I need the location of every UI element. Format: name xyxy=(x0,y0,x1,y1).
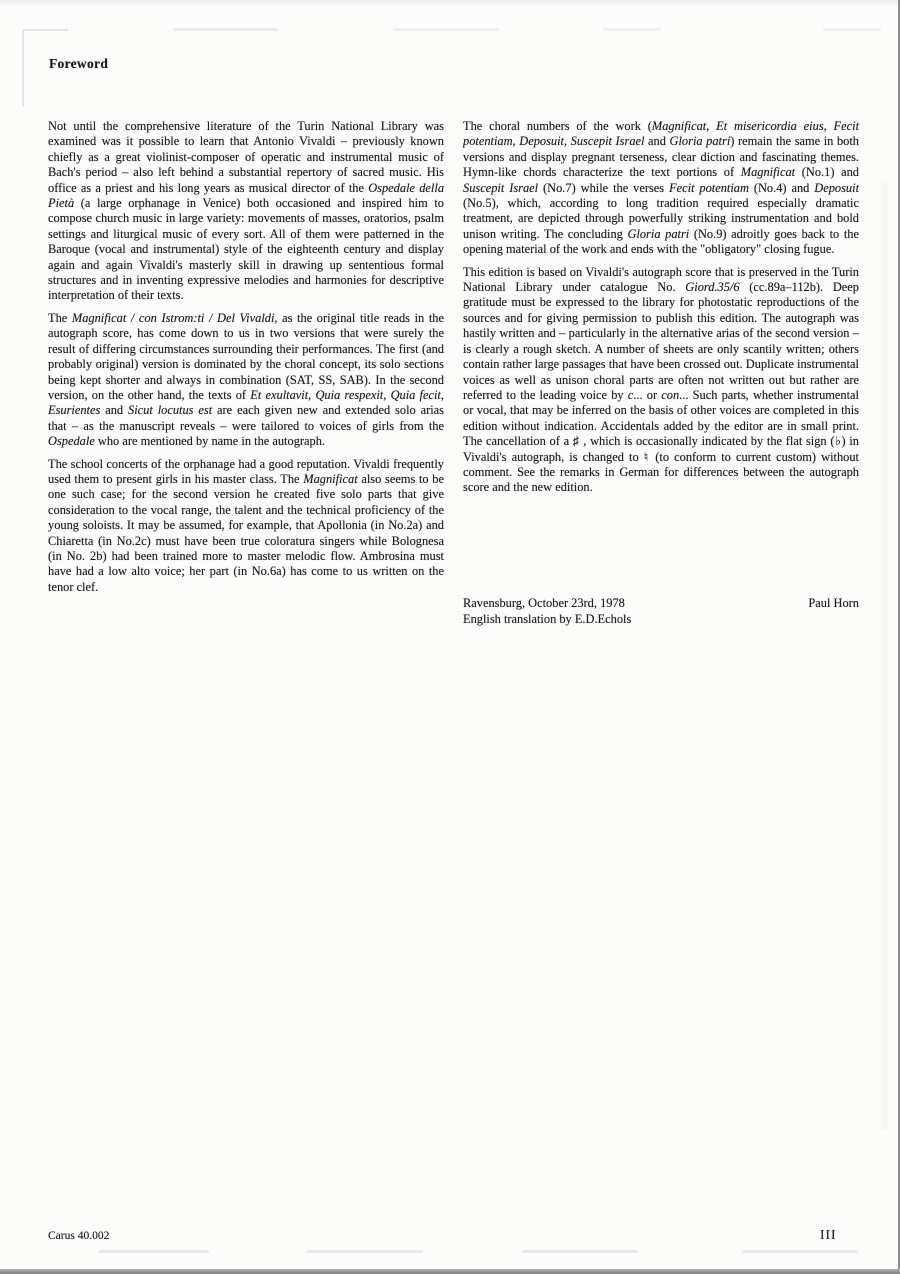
text-run: (a large orphanage in Venice) both occas… xyxy=(48,196,444,302)
scan-band-top xyxy=(0,0,900,6)
column-right-paragraphs: The choral numbers of the work (Magnific… xyxy=(463,119,859,496)
signoff-block: Ravensburg, October 23rd, 1978 Paul Horn… xyxy=(463,595,859,627)
italic-text-run: Gloria patri xyxy=(670,134,731,148)
scan-streak xyxy=(881,180,888,1130)
scan-dash xyxy=(823,28,881,31)
signoff-row: Ravensburg, October 23rd, 1978 Paul Horn xyxy=(463,595,859,611)
italic-text-run: con xyxy=(661,388,679,402)
signoff-author: Paul Horn xyxy=(808,595,859,611)
text-run: , xyxy=(441,388,444,402)
scanned-page: Foreword Not until the comprehensive lit… xyxy=(0,0,900,1274)
text-run: who are mentioned by name in the autogra… xyxy=(95,434,325,448)
italic-text-run: Magnificat xyxy=(303,472,357,486)
italic-text-run: Et exultavit xyxy=(250,388,308,402)
italic-text-run: Suscepit Israel xyxy=(463,181,538,195)
paragraph: The Magnificat / con Istrom:ti / Del Viv… xyxy=(48,311,444,450)
scan-dash xyxy=(603,28,661,31)
text-run: and xyxy=(644,134,669,148)
italic-text-run: Ospedale xyxy=(48,434,95,448)
text-run: The choral numbers of the work ( xyxy=(463,119,652,133)
italic-text-run: Deposuit xyxy=(814,181,859,195)
text-run: (No.4) and xyxy=(749,181,814,195)
footer-page-number: III xyxy=(820,1227,837,1243)
italic-text-run: Giord.35/6 xyxy=(685,280,739,294)
text-run: (No.1) and xyxy=(795,165,859,179)
signoff-place-date: Ravensburg, October 23rd, 1978 xyxy=(463,595,625,611)
italic-text-run: Quia fecit xyxy=(391,388,441,402)
column-right: The choral numbers of the work (Magnific… xyxy=(463,119,859,627)
italic-text-run: Quia respexit xyxy=(315,388,383,402)
paragraph: Not until the comprehensive literature o… xyxy=(48,119,444,304)
text-run: also seems to be one such case; for the … xyxy=(48,472,444,594)
text-run: (No.7) while the verses xyxy=(538,181,669,195)
scan-dash xyxy=(99,1250,209,1253)
paragraph: The school concerts of the orphanage had… xyxy=(48,457,444,596)
paragraph: The choral numbers of the work (Magnific… xyxy=(463,119,859,258)
text-run: ... Such parts, whether instrumental or … xyxy=(463,388,859,494)
italic-text-run: Fecit potentiam xyxy=(669,181,749,195)
text-run: (cc.89a–112b). Deep gratitude must be ex… xyxy=(463,280,859,402)
text-run: and xyxy=(100,403,128,417)
paragraph: This edition is based on Vivaldi's autog… xyxy=(463,265,859,496)
scan-dash xyxy=(307,1250,423,1253)
text-columns: Not until the comprehensive literature o… xyxy=(48,119,860,627)
italic-text-run: Magnificat / con Istrom:ti / Del Vivaldi xyxy=(72,311,275,325)
scan-band-bottom xyxy=(0,1269,900,1274)
signoff-translation: English translation by E.D.Echols xyxy=(463,611,859,627)
scan-dash xyxy=(174,28,278,31)
scan-dash xyxy=(522,1250,638,1253)
italic-text-run: Sicut locutus est xyxy=(128,403,212,417)
text-run: , xyxy=(383,388,390,402)
italic-text-run: Gloria patri xyxy=(627,227,689,241)
column-left: Not until the comprehensive literature o… xyxy=(48,119,444,627)
scan-dash xyxy=(742,1250,858,1253)
footer-catalog-number: Carus 40.002 xyxy=(48,1230,109,1242)
text-run: ... or xyxy=(633,388,661,402)
italic-text-run: Magnificat xyxy=(741,165,795,179)
italic-text-run: Esurientes xyxy=(48,403,100,417)
page-title: Foreword xyxy=(49,56,108,72)
column-left-paragraphs: Not until the comprehensive literature o… xyxy=(48,119,444,595)
scan-dash xyxy=(394,28,499,31)
text-run: The xyxy=(48,311,72,325)
